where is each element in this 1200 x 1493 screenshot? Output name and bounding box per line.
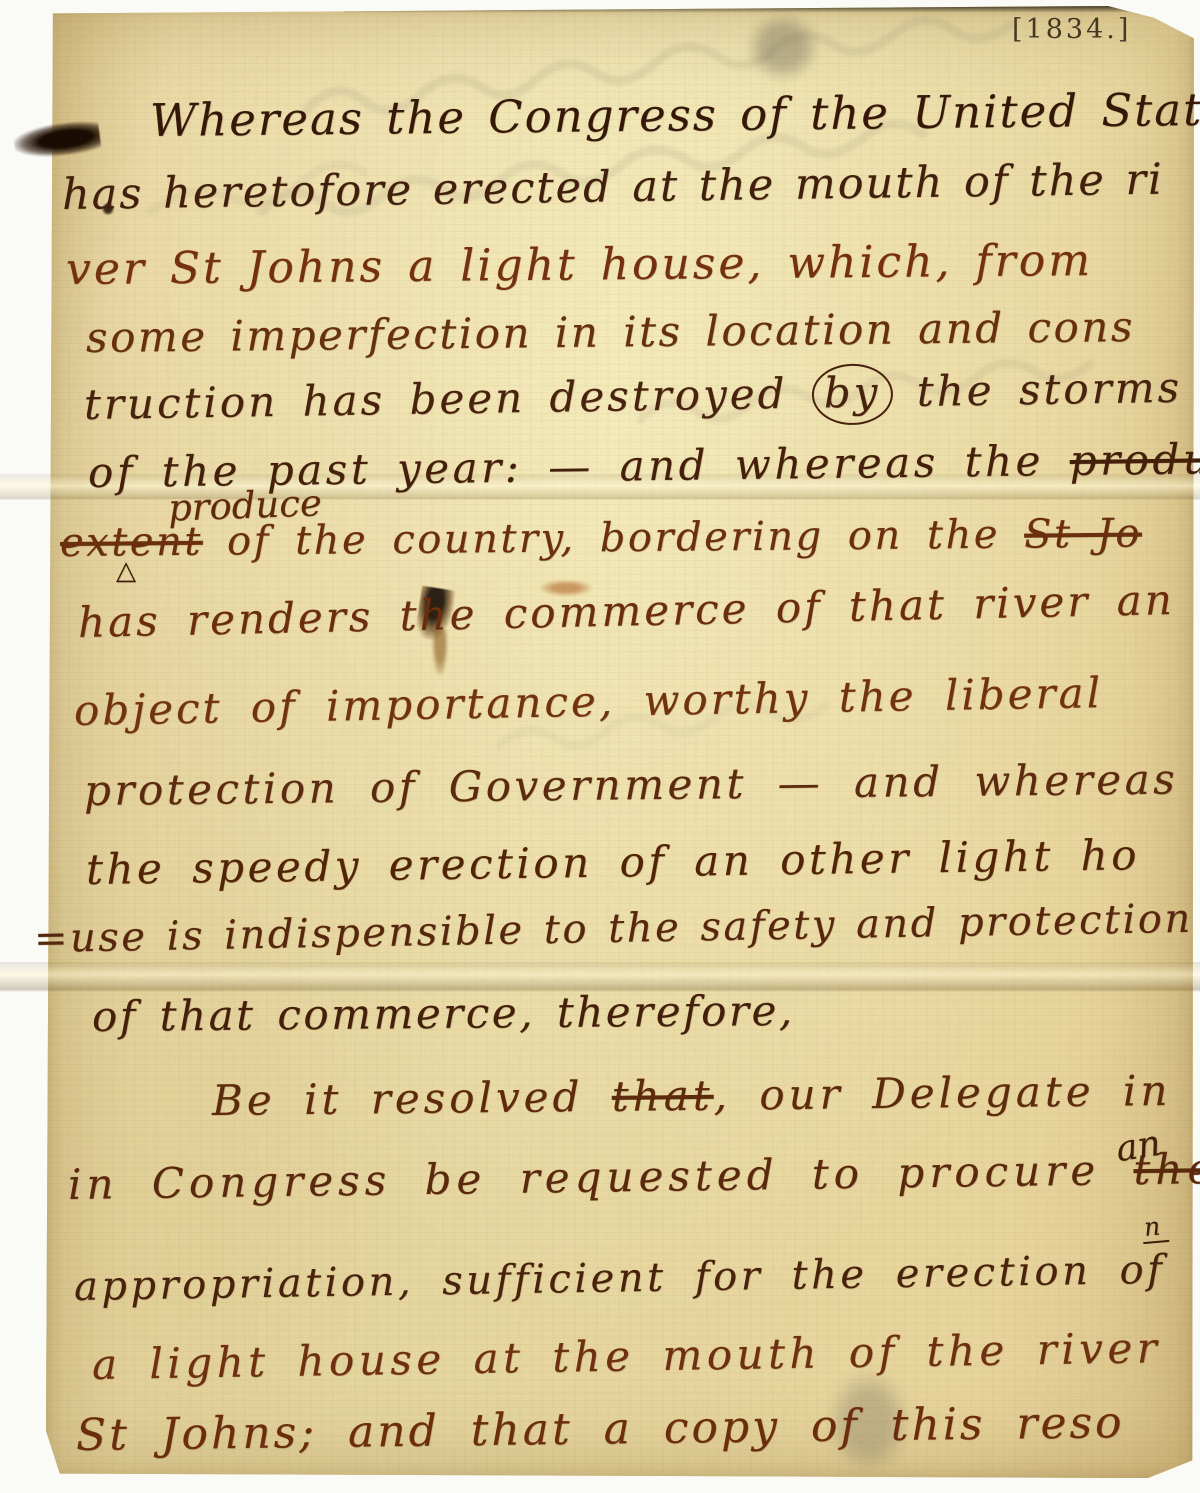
manuscript-line: of that commerce, therefore, [92, 986, 795, 1041]
struck-word: St Jo [1024, 511, 1142, 558]
paper-top-edge-shadow [344, 6, 1194, 13]
manuscript-line: ver St Johns a light house, which, from [66, 235, 1093, 295]
scan-background: { "page": { "year_annotation": "[1834.]"… [0, 0, 1200, 1493]
manuscript-text: , our Delegate in [713, 1066, 1171, 1120]
insertion-an: an [1113, 1123, 1164, 1170]
insertion-caret-icon: △ [116, 556, 136, 586]
struck-word: produ [1069, 434, 1200, 485]
manuscript-line: Whereas the Congress of the United State… [150, 82, 1200, 147]
circled-word: by [811, 363, 893, 425]
manuscript-text: Be it resolved [212, 1072, 612, 1125]
manuscript-text: of the country, bordering on the [203, 512, 1025, 565]
manuscript-text: ver St Johns a light house, which, from [66, 235, 1093, 295]
insertion-produce: produce [167, 481, 322, 529]
manuscript-text: of that commerce, therefore, [92, 986, 795, 1041]
struck-word: that [611, 1071, 713, 1121]
manuscript-text: Whereas the Congress of the United State… [150, 82, 1200, 147]
manuscript-line: Be it resolved that, our Delegate in [212, 1066, 1172, 1125]
insertion-sub-mark: n [1141, 1211, 1170, 1244]
year-annotation: [1834.] [1012, 14, 1131, 45]
manuscript-text: the storms [892, 363, 1182, 417]
